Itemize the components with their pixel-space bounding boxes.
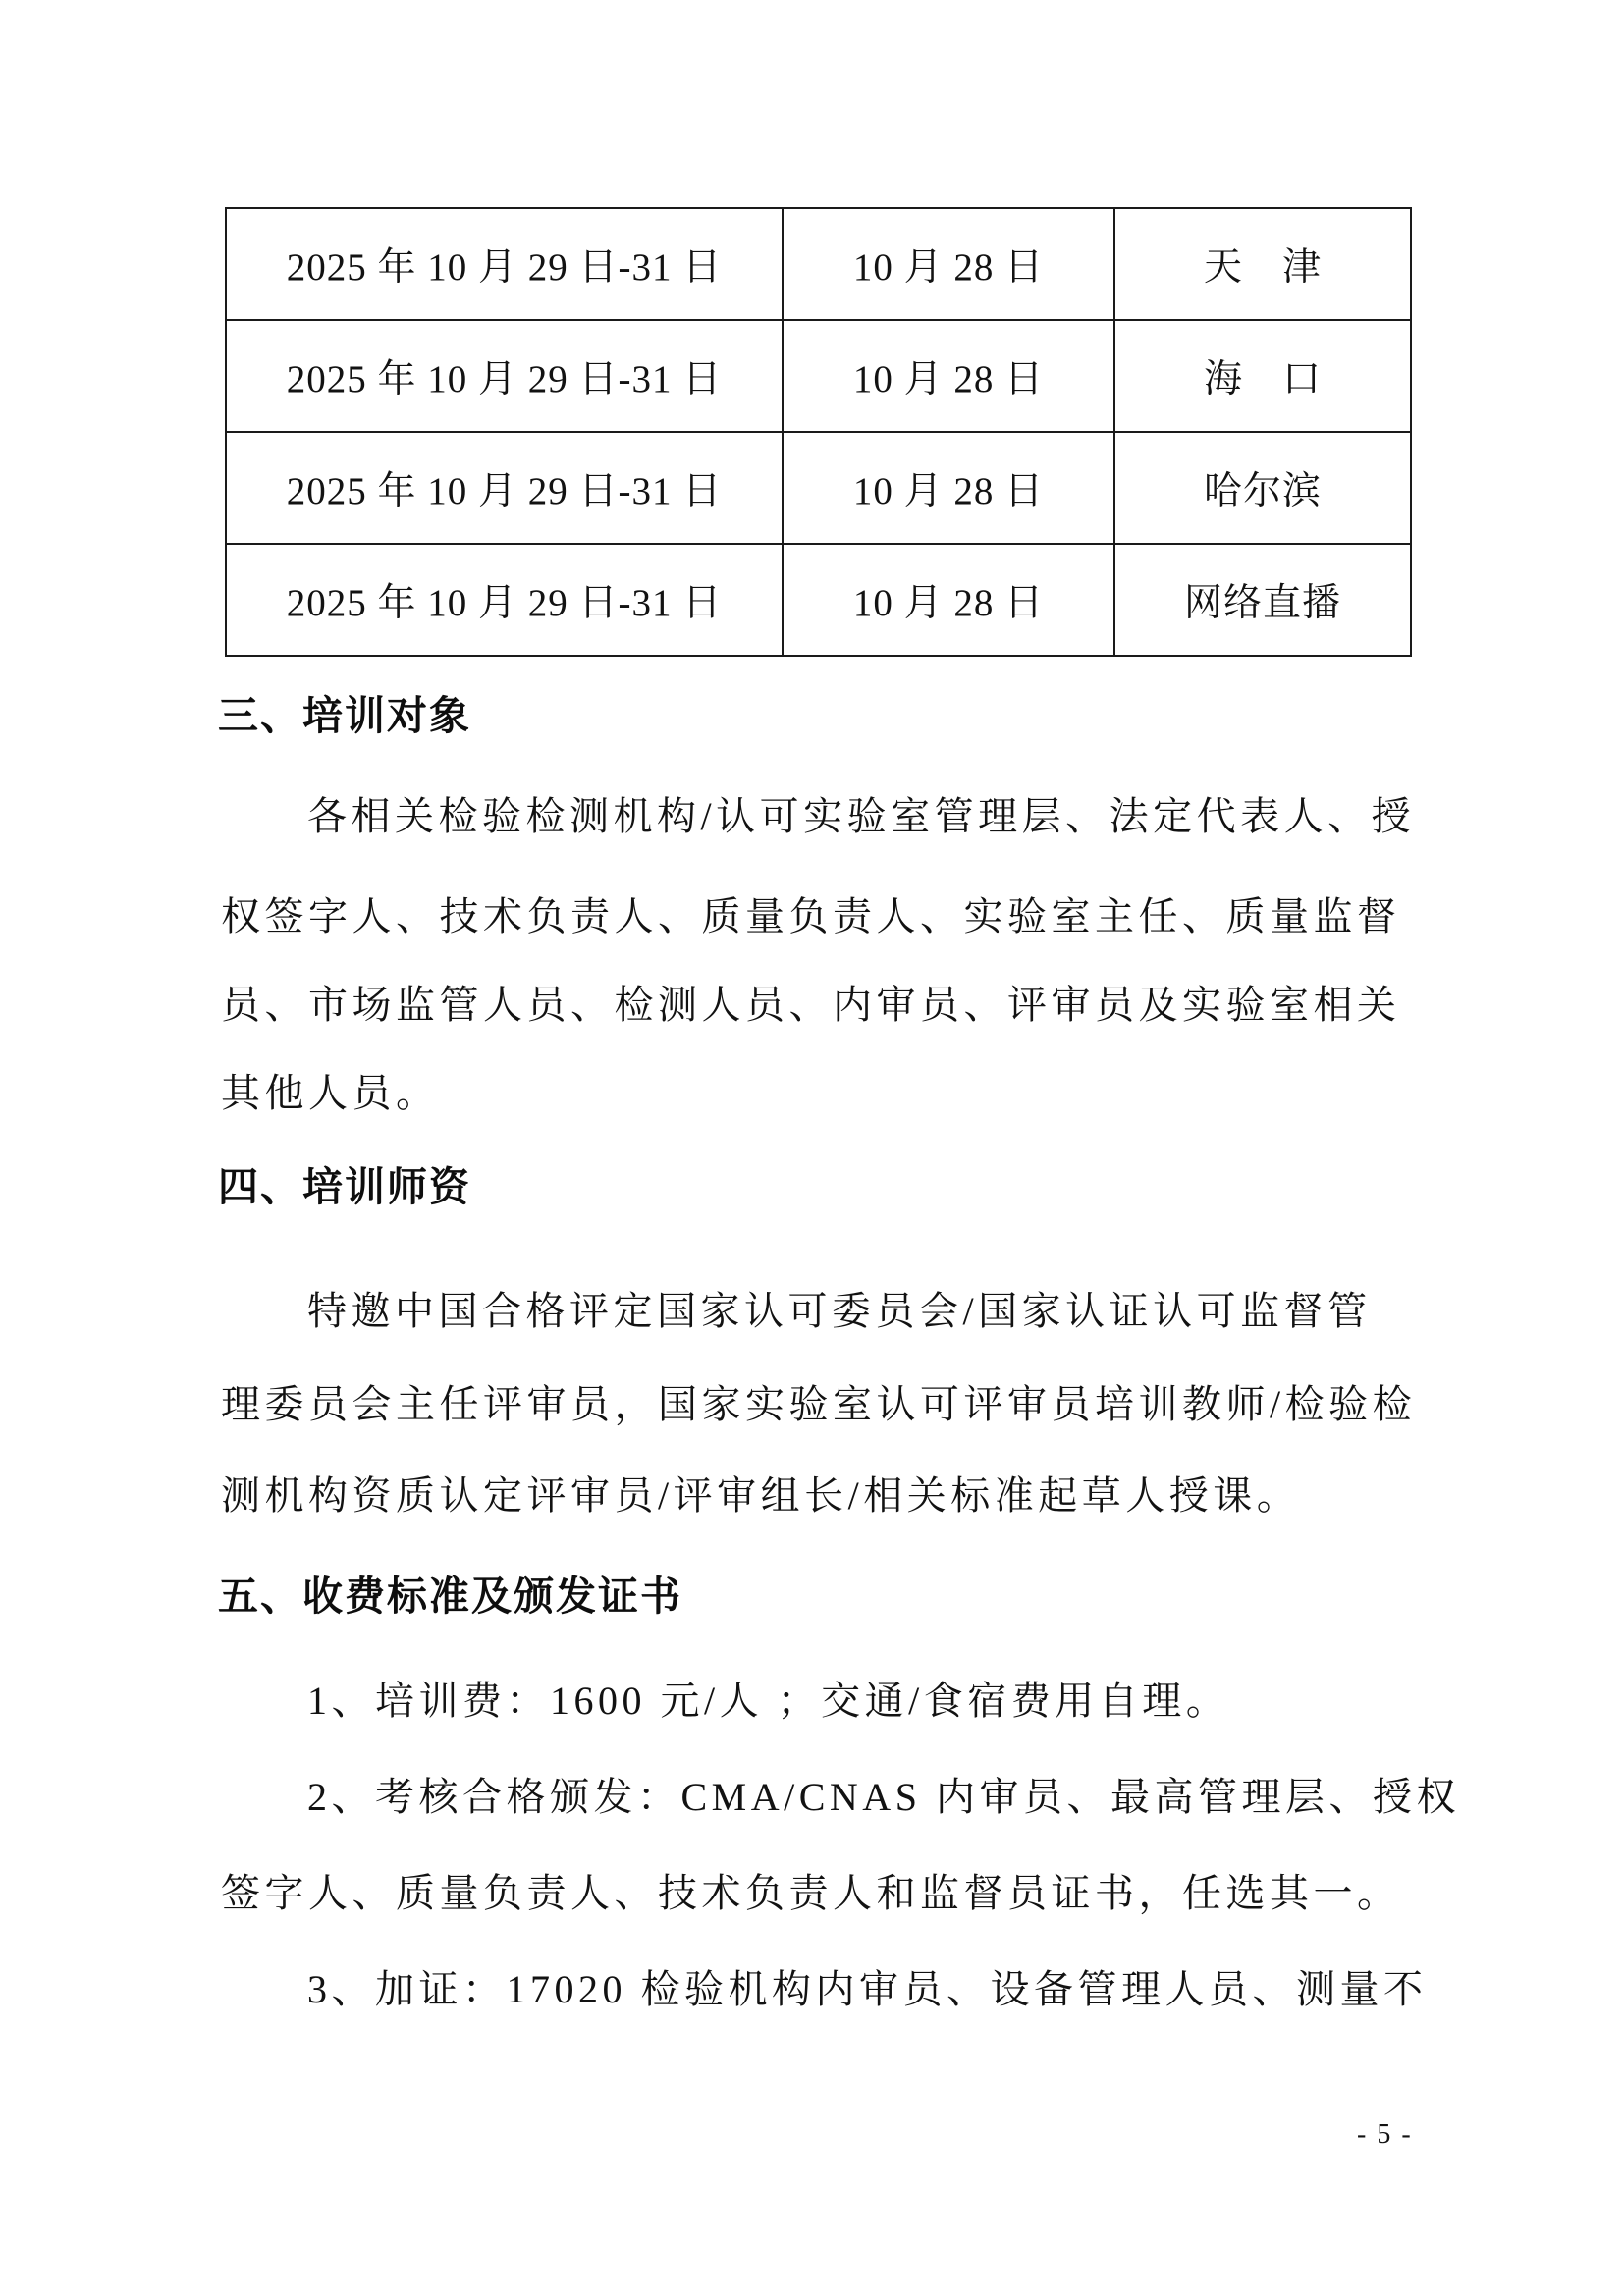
body-line: 测机构资质认定评审员/评审组长/相关标准起草人授课。 <box>221 1471 1300 1521</box>
cell-city: 哈尔滨 <box>1114 432 1411 544</box>
table-row: 2025 年 10 月 29 日-31 日 10 月 28 日 哈尔滨 <box>226 432 1411 544</box>
cell-registration-date: 10 月 28 日 <box>783 208 1114 320</box>
body-line: 其他人员。 <box>221 1069 440 1118</box>
body-line: 理委员会主任评审员，国家实验室认可评审员培训教师/检验检 <box>221 1380 1416 1429</box>
body-line: 特邀中国合格评定国家认可委员会/国家认证认可监督管 <box>221 1287 1372 1336</box>
body-line: 员、市场监管人员、检测人员、内审员、评审员及实验室相关 <box>221 981 1401 1030</box>
body-line: 签字人、质量负责人、技术负责人和监督员证书，任选其一。 <box>221 1869 1401 1918</box>
cell-training-date: 2025 年 10 月 29 日-31 日 <box>226 432 783 544</box>
cell-training-date: 2025 年 10 月 29 日-31 日 <box>226 320 783 432</box>
cell-registration-date: 10 月 28 日 <box>783 544 1114 656</box>
cell-registration-date: 10 月 28 日 <box>783 432 1114 544</box>
body-line: 1、培训费：1600 元/人 ；交通/食宿费用自理。 <box>221 1677 1229 1726</box>
page-number: - 5 - <box>1357 2119 1413 2151</box>
body-line: 2、考核合格颁发：CMA/CNAS 内审员、最高管理层、授权 <box>221 1773 1460 1822</box>
cell-training-date: 2025 年 10 月 29 日-31 日 <box>226 544 783 656</box>
cell-training-date: 2025 年 10 月 29 日-31 日 <box>226 208 783 320</box>
section-heading-training-targets: 三、培训对象 <box>218 691 471 740</box>
table-row: 2025 年 10 月 29 日-31 日 10 月 28 日 网络直播 <box>226 544 1411 656</box>
cell-registration-date: 10 月 28 日 <box>783 320 1114 432</box>
section-heading-fees-certificates: 五、收费标准及颁发证书 <box>218 1572 682 1621</box>
table-row: 2025 年 10 月 29 日-31 日 10 月 28 日 海 口 <box>226 320 1411 432</box>
schedule-table: 2025 年 10 月 29 日-31 日 10 月 28 日 天 津 2025… <box>225 207 1412 657</box>
section-heading-training-faculty: 四、培训师资 <box>218 1162 471 1211</box>
cell-city: 网络直播 <box>1114 544 1411 656</box>
document-page: 2025 年 10 月 29 日-31 日 10 月 28 日 天 津 2025… <box>0 0 1624 2296</box>
cell-city: 海 口 <box>1114 320 1411 432</box>
body-line: 3、加证：17020 检验机构内审员、设备管理人员、测量不 <box>221 1965 1428 2014</box>
table-row: 2025 年 10 月 29 日-31 日 10 月 28 日 天 津 <box>226 208 1411 320</box>
cell-city: 天 津 <box>1114 208 1411 320</box>
body-line: 权签字人、技术负责人、质量负责人、实验室主任、质量监督 <box>221 892 1401 941</box>
body-line: 各相关检验检测机构/认可实验室管理层、法定代表人、授 <box>221 792 1415 841</box>
